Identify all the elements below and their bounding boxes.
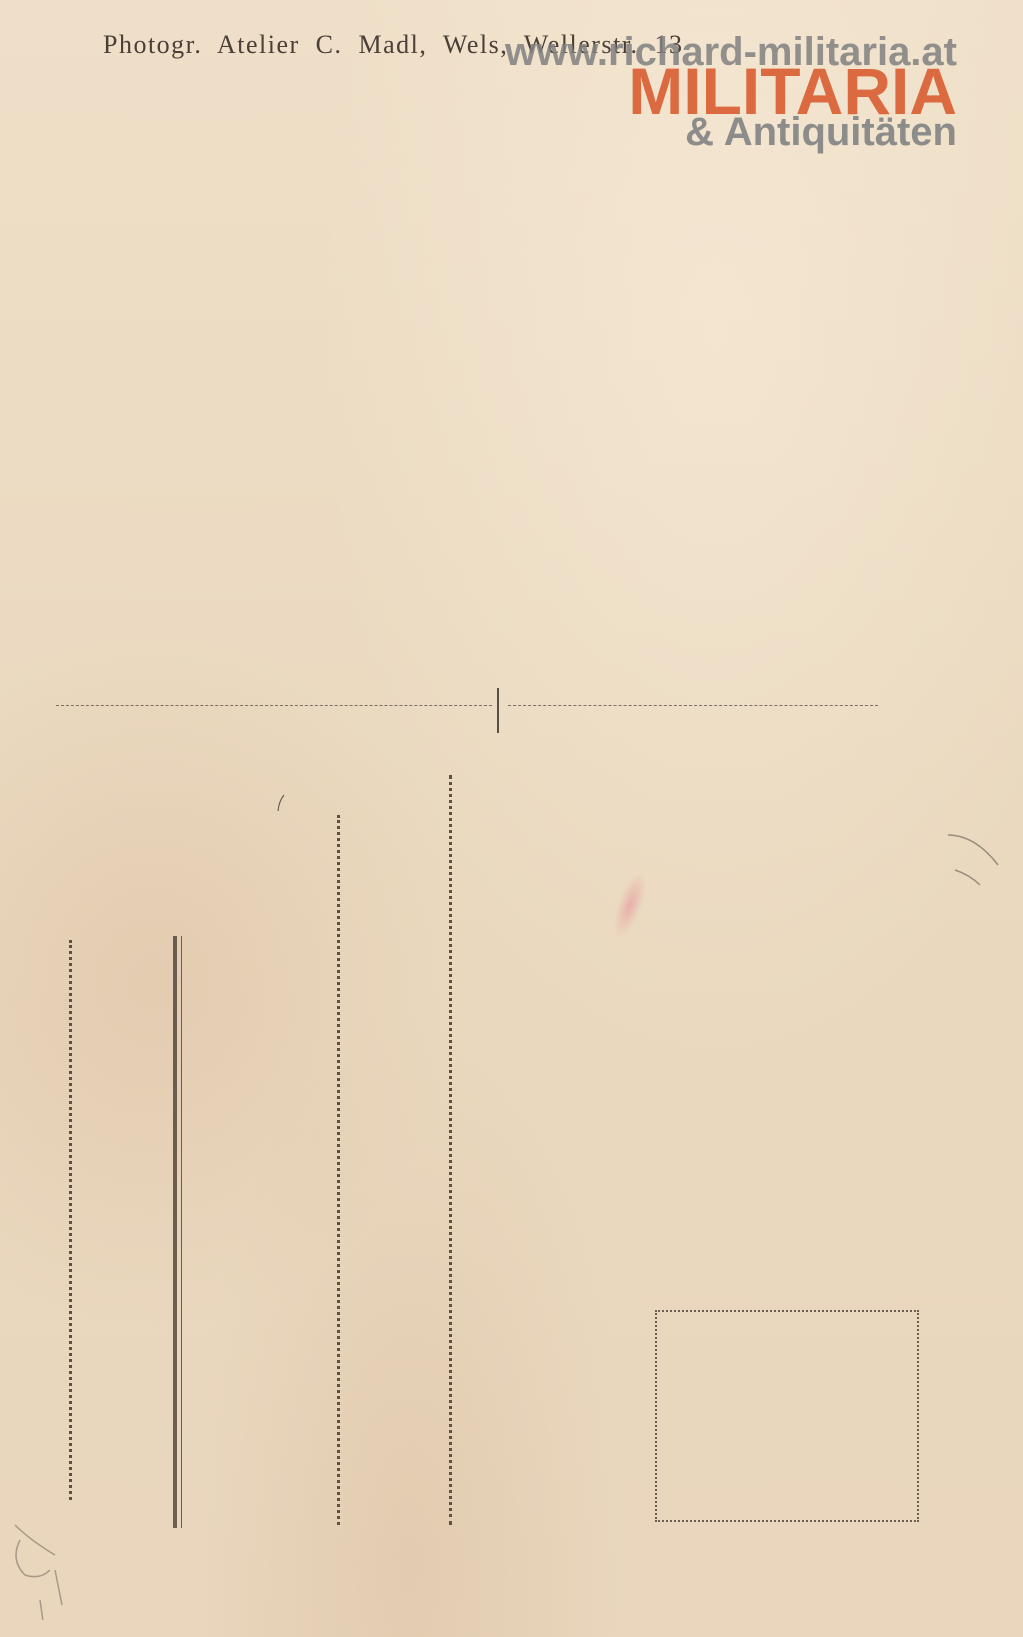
divider-line-right (508, 705, 878, 706)
address-line-1 (69, 940, 72, 1500)
address-line-2-edge (181, 936, 182, 1528)
pencil-mark-icon (0, 1500, 80, 1620)
divider-line-left (56, 705, 492, 706)
pencil-tick-icon (275, 793, 287, 813)
pink-ink-stain (607, 868, 653, 942)
address-line-3 (337, 815, 340, 1525)
stamp-box (655, 1310, 919, 1522)
watermark-subtitle: & Antiquitäten (685, 112, 957, 152)
center-divider-tick (497, 688, 499, 733)
address-line-2-bar (173, 936, 177, 1528)
pencil-scribble-icon (940, 820, 1010, 900)
address-line-4 (449, 775, 452, 1525)
